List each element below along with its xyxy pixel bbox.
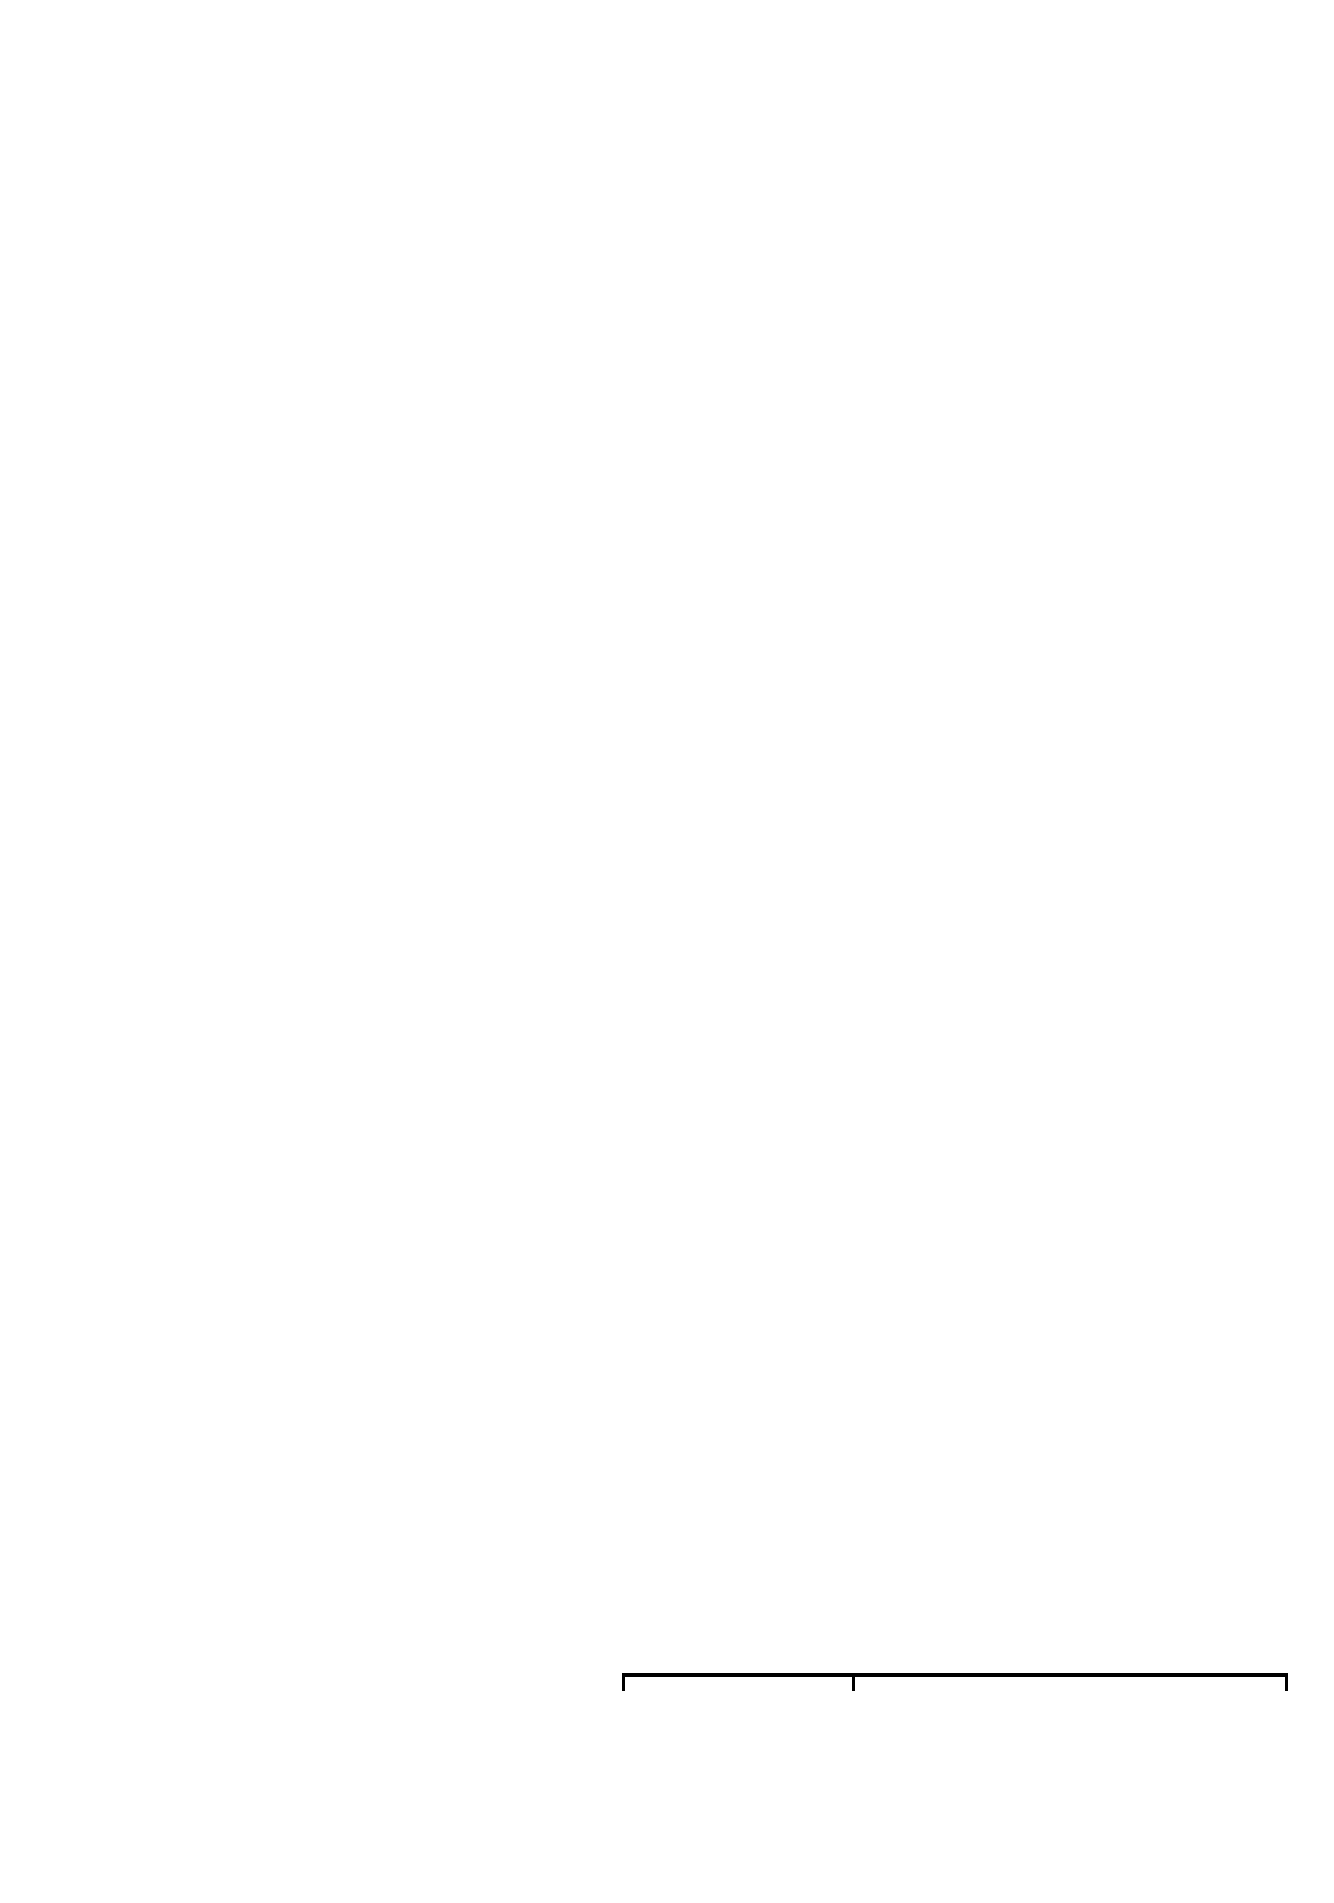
- volta-bracket-2: [852, 1673, 1288, 1691]
- volta-bracket-1: [622, 1673, 855, 1691]
